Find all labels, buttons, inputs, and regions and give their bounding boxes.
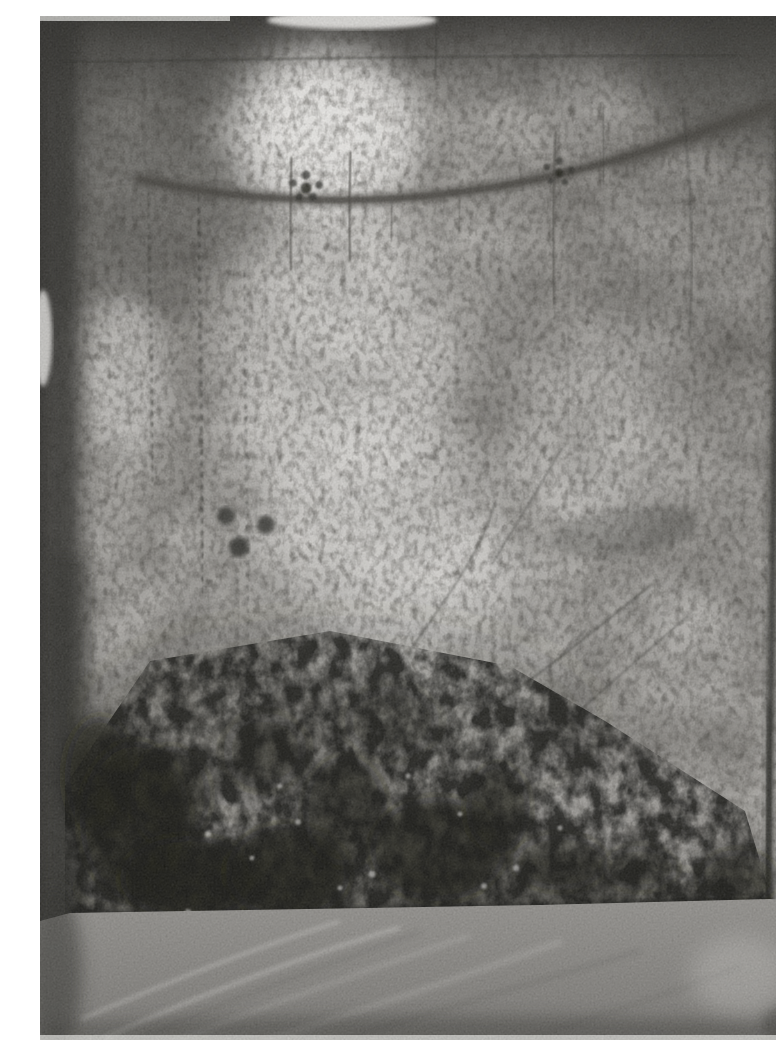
- photo: [40, 16, 776, 1040]
- film-grain: [40, 16, 776, 1040]
- photograph-frame: [40, 16, 776, 1040]
